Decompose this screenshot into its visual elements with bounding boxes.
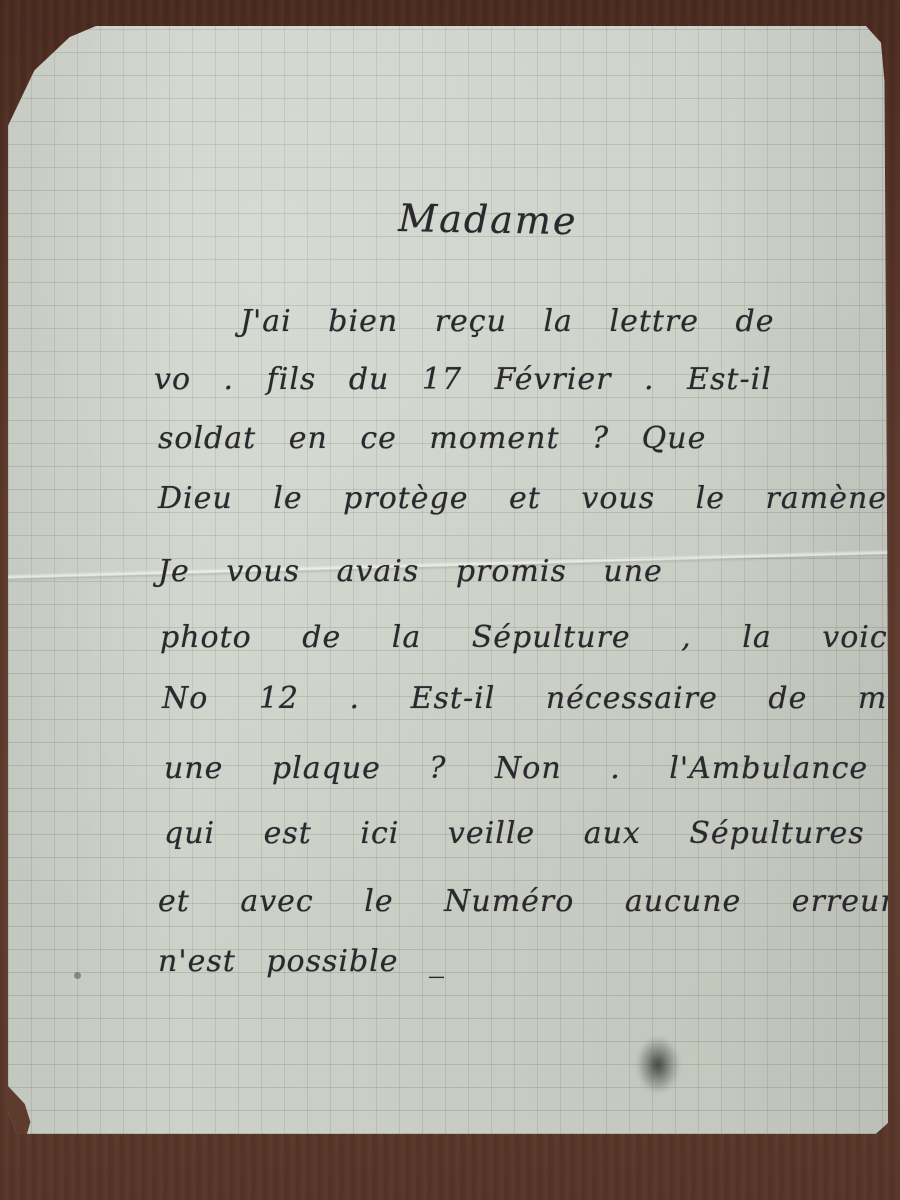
letter-line-11: n'est possible _: [158, 944, 445, 979]
letter-line-8: une plaque ? Non . l'Ambulance: [164, 751, 868, 786]
letter-line-9: qui est ici veille aux Sépultures: [164, 816, 865, 851]
ink-stain: [636, 1036, 680, 1094]
letter-sheet: Madame J'ai bien reçu la lettre de vo . …: [8, 26, 888, 1134]
letter-salutation: Madame: [398, 196, 578, 243]
letter-line-3: soldat en ce moment ? Que: [158, 421, 706, 456]
letter-line-10: et avec le Numéro aucune erreur: [158, 884, 896, 919]
letter-line-1: J'ai bien reçu la lettre de: [240, 304, 775, 339]
letter-line-2: vo . fils du 17 Février . Est-il: [154, 362, 772, 397]
letter-line-4: Dieu le protège et vous le ramène.: [158, 481, 898, 516]
letter-line-7: No 12 . Est-il nécessaire de mettre: [162, 681, 900, 716]
paper-spot: [74, 972, 81, 979]
letter-line-5: Je vous avais promis une: [158, 554, 663, 589]
letter-line-6: photo de la Sépulture , la voici: [160, 620, 898, 655]
